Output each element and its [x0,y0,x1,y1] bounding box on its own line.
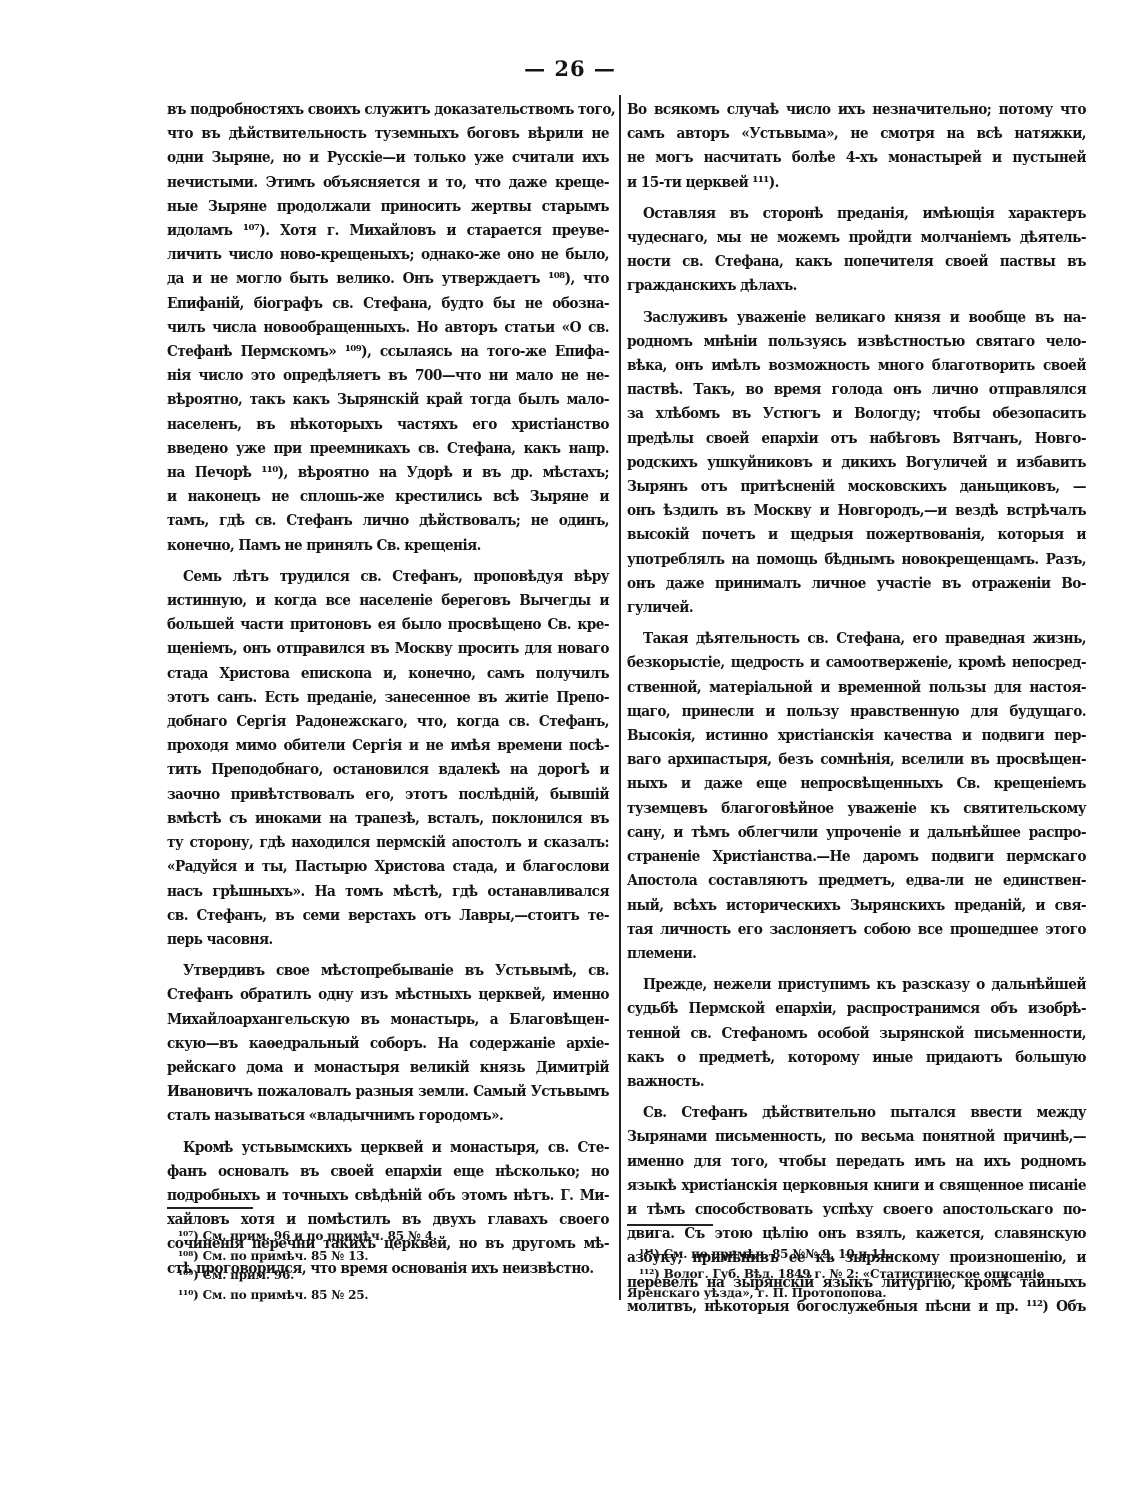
text-line: Стефанѣ Пермскомъ» ¹⁰⁹), ссылаясь на тог… [167,339,609,363]
text-line: населенъ, въ нѣкоторыхъ частяхъ его хрис… [167,412,609,436]
text-line: Утвердивъ свое мѣстопребываніе въ Устьвы… [167,958,609,982]
text-line: сталъ называться «владычнимъ городомъ». [167,1103,609,1127]
text-line: вѣка, онъ имѣлъ возможность много благот… [627,353,1086,377]
footnote-109: ¹⁰⁹) См. прим. 96. [178,1266,608,1286]
text-line: ности св. Стефана, какъ попечителя своей… [627,249,1086,273]
text-line: страненіе Христіанства.—Не даромъ подвиг… [627,844,1086,868]
text-line: чудеснаго, мы не можемъ пройдти молчаніе… [627,225,1086,249]
text-line: Высокія, истинно христіанскія качества и… [627,723,1086,747]
text-line: Кромѣ устьвымскихъ церквей и монастыря, … [167,1135,609,1159]
footnote-rule-right [627,1224,713,1226]
text-line: добнаго Сергія Радонежскаго, что, когда … [167,709,609,733]
text-line: истинную, и когда все населеніе береговъ… [167,588,609,612]
text-line: Епифаній, біографъ св. Стефана, будто бы… [167,291,609,315]
right-column: Во всякомъ случаѣ число ихъ незначительн… [627,97,1086,1318]
text-line: тить Преподобнаго, остановился вдалекѣ н… [167,757,609,781]
text-line: одни Зыряне, но и Русскіе—и только уже с… [167,145,609,169]
page-number: — 26 — [0,56,1140,81]
text-line: тая личность его заслоняетъ собою все пр… [627,917,1086,941]
footnote-110: ¹¹⁰) См. по примѣч. 85 № 25. [178,1286,608,1306]
text-line: нія число это опредѣляетъ въ 700—что ни … [167,363,609,387]
text-line: тенной св. Стефаномъ особой зырянской пи… [627,1021,1086,1045]
text-line: этотъ санъ. Есть преданіе, занесенное въ… [167,685,609,709]
text-line: чилъ числа новообращенныхъ. Но авторъ ст… [167,315,609,339]
text-line: въ подробностяхъ своихъ служитъ доказате… [167,97,609,121]
text-line: конечно, Памъ не принялъ Св. крещенія. [167,533,609,557]
text-line: Такая дѣятельность св. Стефана, его прав… [627,626,1086,650]
column-divider [619,95,621,1300]
text-line: ту сторону, гдѣ находился пермскій апост… [167,830,609,854]
text-line: сану, и тѣмъ облегчили упроченіе и дальн… [627,820,1086,844]
text-line: и 15-ти церквей ¹¹¹). [627,170,1086,194]
text-line: нечистыми. Этимъ объясняется и то, что д… [167,170,609,194]
text-line: судьбѣ Пермской епархіи, распространимся… [627,996,1086,1020]
text-line: Ивановичъ пожаловалъ разныя земли. Самый… [167,1079,609,1103]
text-line: гражданскихъ дѣлахъ. [627,273,1086,297]
text-line: личить число ново-крещеныхъ; однако-же о… [167,242,609,266]
text-line: важность. [627,1069,1086,1093]
footnote-rule-left [167,1207,253,1209]
text-line: фанъ основалъ въ своей епархіи еще нѣско… [167,1159,609,1183]
text-line: Стефанъ обратилъ одну изъ мѣстныхъ церкв… [167,982,609,1006]
text-line: стада Христова епископа и, конечно, самъ… [167,661,609,685]
text-line: за хлѣбомъ въ Устюгъ и Вологду; чтобы об… [627,401,1086,425]
text-line: родномъ мнѣніи пользуясь извѣстностью св… [627,329,1086,353]
text-line: Зырянами письменность, по весьма понятно… [627,1124,1086,1148]
text-line: ные Зыряне продолжали приносить жертвы с… [167,194,609,218]
text-line: и тѣмъ способствовать успѣху своего апос… [627,1197,1086,1221]
text-line: введено уже при преемникахъ св. Стефана,… [167,436,609,460]
text-line: идоламъ ¹⁰⁷). Хотя г. Михайловъ и старае… [167,218,609,242]
text-line: и наконецъ не сплошь-же крестились всѣ З… [167,484,609,508]
text-line: Во всякомъ случаѣ число ихъ незначительн… [627,97,1086,121]
text-line: Семь лѣтъ трудился св. Стефанъ, проповѣд… [167,564,609,588]
footnote-107: ¹⁰⁷) См. прим. 96 и по примѣч. 85 № 4. [178,1227,608,1247]
text-line: насъ грѣшныхъ». На томъ мѣстѣ, гдѣ остан… [167,879,609,903]
left-column: въ подробностяхъ своихъ служитъ доказате… [167,97,609,1280]
footnotes-right: ¹¹¹) См. по примѣч. 85 №№ 9, 10 и 11. ¹¹… [627,1245,1086,1304]
text-line: Заслуживъ уваженіе великаго князя и вооб… [627,305,1086,329]
footnote-111: ¹¹¹) См. по примѣч. 85 №№ 9, 10 и 11. [627,1245,1086,1265]
footnote-112-cont: Яренскаго уѣзда», г. П. Протопопова. [627,1284,1086,1304]
text-line: высокій почетъ и щедрыя пожертвованія, к… [627,522,1086,546]
text-line: большей части притоновъ ея было просвѣще… [167,612,609,636]
footnote-112: ¹¹²) Волог. Губ. Вѣд. 1849 г. № 2: «Стат… [627,1265,1086,1285]
text-line: перь часовня. [167,927,609,951]
text-line: Апостола составляютъ предметъ, едва-ли н… [627,868,1086,892]
text-line: св. Стефанъ, въ семи верстахъ отъ Лавры,… [167,903,609,927]
text-line: тамъ, гдѣ св. Стефанъ лично дѣйствовалъ;… [167,508,609,532]
text-line: Прежде, нежели приступимъ къ разсказу о … [627,972,1086,996]
text-line: рейскаго дома и монастыря великій князь … [167,1055,609,1079]
text-line: гуличей. [627,595,1086,619]
text-line: подробныхъ и точныхъ свѣдѣній объ этомъ … [167,1183,609,1207]
text-line: именно для того, чтобы передать имъ на и… [627,1149,1086,1173]
text-line: употреблялъ на помощь бѣднымъ новокрещен… [627,547,1086,571]
text-line: онъ даже принималъ личное участіе въ отр… [627,571,1086,595]
text-line: какъ о предметѣ, которому иные придаютъ … [627,1045,1086,1069]
text-line: языкѣ христіанскія церковныя книги и свя… [627,1173,1086,1197]
text-line: «Радуйся и ты, Пастырю Христова стада, и… [167,854,609,878]
text-line: Св. Стефанъ дѣйствительно пытался ввести… [627,1100,1086,1124]
footnotes-left: ¹⁰⁷) См. прим. 96 и по примѣч. 85 № 4. ¹… [178,1227,608,1305]
text-line: ный, всѣхъ историческихъ Зырянскихъ пред… [627,893,1086,917]
text-line: проходя мимо обители Сергія и не имѣя вр… [167,733,609,757]
text-line: вѣроятно, такъ какъ Зырянскій край тогда… [167,387,609,411]
text-line: на Печорѣ ¹¹⁰), вѣроятно на Удорѣ и въ д… [167,460,609,484]
text-line: ваго архипастыря, безъ сомнѣнія, вселили… [627,747,1086,771]
text-line: Зырянъ отъ притѣсненій московскихъ даньщ… [627,474,1086,498]
text-line: заочно привѣтствовалъ его, этотъ послѣдн… [167,782,609,806]
text-line: щеніемъ, онъ отправился въ Москву просит… [167,636,609,660]
footnote-108: ¹⁰⁸) См. по примѣч. 85 № 13. [178,1247,608,1267]
text-line: Михайлоархангельскую въ монастырь, а Бла… [167,1007,609,1031]
text-line: предѣлы своей епархіи отъ набѣговъ Вятча… [627,426,1086,450]
text-line: паствѣ. Такъ, во время голода онъ лично … [627,377,1086,401]
text-line: племени. [627,941,1086,965]
text-line: родскихъ ушкуйниковъ и дикихъ Вогуличей … [627,450,1086,474]
text-line: вмѣстѣ съ иноками на трапезѣ, всталъ, по… [167,806,609,830]
text-line: безкорыстіе, щедрость и самоотверженіе, … [627,650,1086,674]
text-line: Оставляя въ сторонѣ преданія, имѣющія ха… [627,201,1086,225]
text-line: щаго, принесли и пользу нравственную для… [627,699,1086,723]
text-line: скую—въ каѳедральный соборъ. На содержан… [167,1031,609,1055]
text-line: онъ ѣздилъ въ Москву и Новгородъ,—и везд… [627,498,1086,522]
text-line: что въ дѣйствительность туземныхъ боговъ… [167,121,609,145]
text-line: ственной, матеріальной и временной польз… [627,675,1086,699]
text-line: не могъ насчитать болѣе 4-хъ монастырей … [627,145,1086,169]
text-line: самъ авторъ «Устьвыма», не смотря на всѣ… [627,121,1086,145]
text-line: да и не могло быть велико. Онъ утверждае… [167,266,609,290]
text-line: ныхъ и даже еще непросвѣщенныхъ Св. крещ… [627,771,1086,795]
text-line: туземцевъ благоговѣйное уваженіе къ свят… [627,796,1086,820]
